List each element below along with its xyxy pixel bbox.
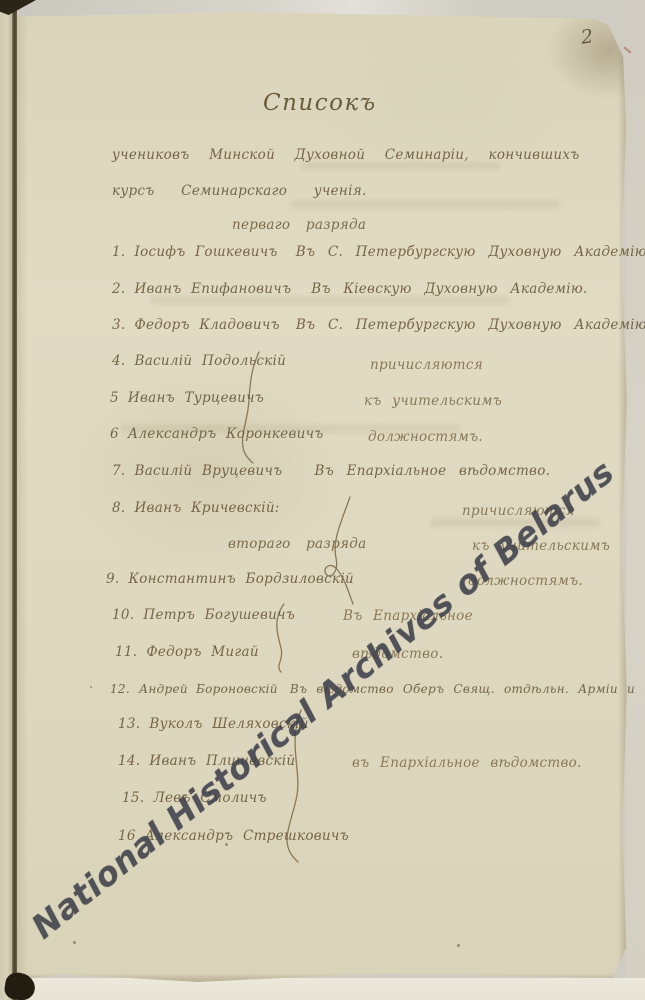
entry-name: Федоръ Кладовичъ (134, 317, 279, 333)
entry-name: Иванъ Турцевичъ (128, 390, 264, 406)
group-note-1-line-1: причисляются (370, 357, 483, 373)
subtitle-line-2: курсъ Семинарскаго ученія. (112, 183, 367, 199)
page-number: 2 (580, 25, 595, 48)
entry-line-10: 10.Петръ Богушевичъ (112, 607, 295, 623)
entry-line-4: 4.Василій Подольскій (112, 353, 286, 369)
background-right-strip (626, 0, 645, 1000)
entry-name: Иванъ Епифановичъ (134, 281, 291, 297)
entry-name: Петръ Богушевичъ (143, 607, 295, 623)
entry-line-11: 11.Федоръ Мигай (115, 644, 259, 660)
entry-line-7: 7.Василій ВруцевичъВъ Епархіальное вѣдом… (112, 463, 550, 479)
entry-name: Василій Подольскій (134, 353, 286, 369)
entry-number: 2. (112, 281, 125, 297)
entry-number: 10. (112, 607, 134, 623)
entry-name: Иванъ Кричевскій: (134, 500, 279, 516)
ink-speck (457, 944, 460, 947)
binding-gutter-line (12, 0, 17, 1000)
group-note-1-line-2: къ учительскимъ (364, 393, 502, 409)
entry-name: Іосифъ Гошкевичъ (134, 244, 277, 260)
entry-name: Александръ Коронкевичъ (128, 426, 324, 442)
entry-number: 4. (112, 353, 125, 369)
archive-scan-viewport: { "page_number": "2", "watermark": { "te… (0, 0, 645, 1000)
entry-number: 3. (112, 317, 125, 333)
entry-destination: Въ Епархіальное вѣдомство. (314, 463, 550, 479)
ink-showthrough (290, 200, 560, 209)
entry-destination: Въ С. Петербургскую Духовную Академію. (296, 317, 645, 333)
entry-name: Василій Вруцевичъ (134, 463, 282, 479)
entry-number: 1. (112, 244, 125, 260)
entry-line-6: 6Александръ Коронкевичъ (110, 426, 324, 442)
group-note-4-line-1: въ Епархіальное вѣдомство. (352, 755, 582, 771)
entry-destination: Въ С. Петербургскую Духовную Академію. (296, 244, 645, 260)
entry-line-8: 8.Иванъ Кричевскій: (112, 500, 280, 516)
entry-line-3: 3.Федоръ КладовичъВъ С. Петербургскую Ду… (112, 317, 645, 333)
ink-showthrough (150, 296, 510, 305)
entry-line-12: 12.Андрей БороновскійВъ вѣдомство Оберъ … (110, 682, 645, 696)
subtitle-line-1: учениковъ Минской Духовной Семинаріи, ко… (112, 147, 580, 163)
entry-number: 11. (115, 644, 137, 660)
document-title: Списокъ (263, 90, 377, 116)
previous-page-sliver (0, 0, 12, 1000)
entry-name: Федоръ Мигай (146, 644, 259, 660)
underlying-page-edge (0, 978, 645, 1000)
rank-2-heading: втораго разряда (228, 536, 366, 552)
entry-line-1: 1.Іосифъ ГошкевичъВъ С. Петербургскую Ду… (112, 244, 645, 260)
ink-showthrough (300, 162, 500, 170)
rank-1-heading: перваго разряда (232, 217, 366, 233)
entry-number: 7. (112, 463, 125, 479)
entry-number: 14. (118, 753, 140, 769)
entry-line-5: 5Иванъ Турцевичъ (110, 390, 264, 406)
entry-name: Андрей Бороновскій (139, 682, 278, 696)
entry-number: 9. (106, 571, 119, 587)
entry-number: 15. (122, 790, 144, 806)
entry-number: 5 (110, 390, 119, 406)
group-note-1-line-3: должностямъ. (368, 429, 483, 445)
ink-speck (73, 941, 76, 944)
entry-destination: Въ Кіевскую Духовную Академію. (311, 281, 587, 297)
ink-speck (90, 686, 92, 688)
entry-number: 8. (112, 500, 125, 516)
entry-number: 6 (110, 426, 119, 442)
entry-line-2: 2.Иванъ ЕпифановичъВъ Кіевскую Духовную … (112, 281, 588, 297)
entry-name: Константинъ Бордзиловскій (128, 571, 353, 587)
entry-number: 12. (110, 682, 130, 696)
entry-line-9: 9.Константинъ Бордзиловскій (106, 571, 354, 587)
entry-number: 13. (118, 716, 140, 732)
